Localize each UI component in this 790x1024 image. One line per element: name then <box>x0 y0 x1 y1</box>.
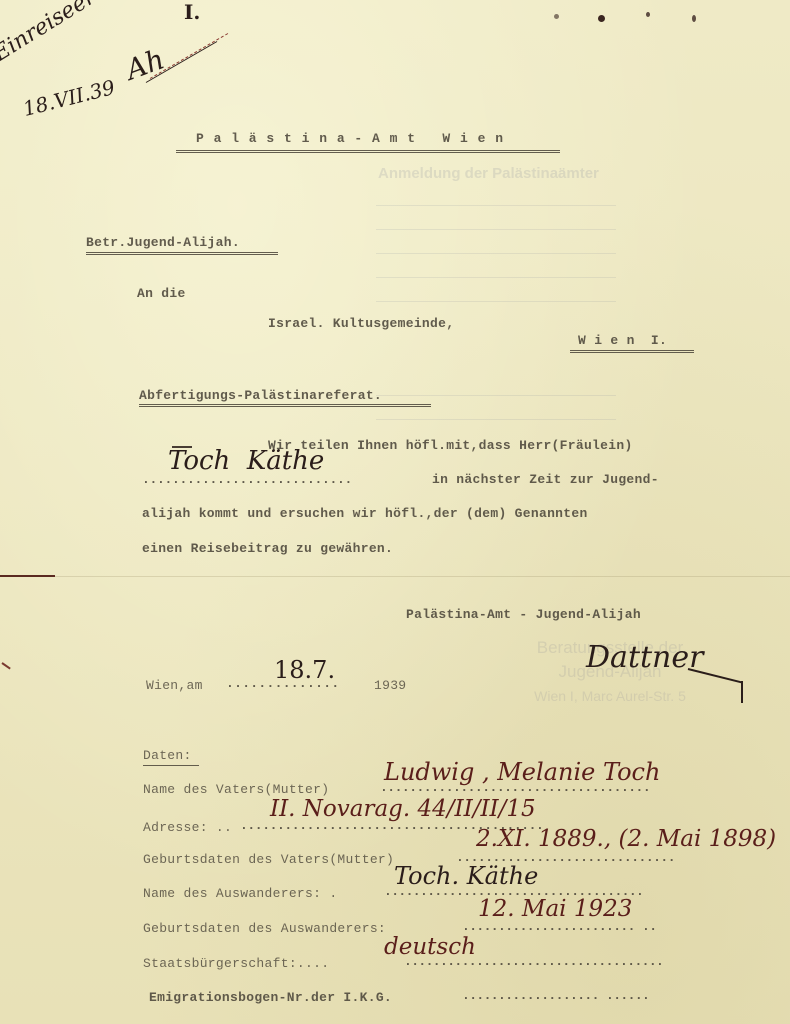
ink-dot <box>554 14 559 19</box>
field-value: Ludwig , Melanie Toch <box>384 758 660 786</box>
show-through-line <box>376 395 616 396</box>
field-label: Geburtsdaten des Auswanderers: <box>143 921 386 936</box>
field-value: II. Novarag. 44/II/II/15 <box>270 796 536 822</box>
show-through-line <box>376 253 616 254</box>
addressee-city: W i e n I. <box>578 333 667 348</box>
handwritten-annotation: Einreiseerteilt <box>0 0 138 67</box>
name-dash <box>172 446 192 448</box>
stamp-line-3: Wien I, Marc Aurel-Str. 5 <box>500 684 720 708</box>
field-label: Adresse: .. <box>143 820 232 835</box>
title-underline <box>176 150 560 153</box>
department-underline <box>139 404 431 407</box>
handwritten-initials: Ah <box>122 42 169 86</box>
ink-dot <box>646 12 650 17</box>
data-heading-underline <box>143 765 199 766</box>
department-line: Abfertigungs-Palästinareferat. <box>139 388 382 403</box>
letter-year: 1939 <box>374 678 406 693</box>
left-edge-mark <box>0 575 55 577</box>
body-dots: ............................ <box>142 472 352 487</box>
body-line-3: alijah kommt und ersuchen wir höfl.,der … <box>142 506 588 521</box>
field-dots: ................... ...... <box>462 988 649 1003</box>
roman-numeral-mark: I. <box>184 0 200 24</box>
show-through-line <box>376 419 616 420</box>
signature-flourish-tail <box>741 681 743 703</box>
field-value: 12. Mai 1923 <box>478 896 632 922</box>
paper-fold-line <box>0 576 790 577</box>
handwritten-signature: Dattner <box>586 640 703 675</box>
addressee-line-2: Israel. Kultusgemeinde, <box>268 316 454 331</box>
show-through-line <box>376 277 616 278</box>
show-through-line <box>376 301 616 302</box>
body-line-4: einen Reisebeitrag zu gewähren. <box>142 541 393 556</box>
field-label: Name des Vaters(Mutter) <box>143 782 329 797</box>
field-label: Geburtsdaten des Vaters(Mutter) <box>143 852 394 867</box>
subject-underline <box>86 252 278 255</box>
addressee-line-1: An die <box>137 286 186 301</box>
body-line-2: in nächster Zeit zur Jugend- <box>432 472 659 487</box>
ink-dot <box>692 15 696 22</box>
field-label: Staatsbürgerschaft:.... <box>143 956 329 971</box>
field-value: Toch. Käthe <box>394 862 538 890</box>
field-value: 2.XI. 1889., (2. Mai 1898) <box>476 826 776 852</box>
handwritten-letter-date: 18.7. <box>274 656 335 684</box>
handwritten-annotation-date: 18.VII.39 <box>20 75 117 121</box>
field-value: deutsch <box>384 934 476 960</box>
field-label: Emigrationsbogen-Nr.der I.K.G. <box>149 990 392 1005</box>
city-underline <box>570 350 694 353</box>
ink-dot <box>598 15 605 22</box>
page-title: P a l ä s t i n a - A m t W i e n <box>196 131 504 146</box>
signature-org: Palästina-Amt - Jugend-Alijah <box>406 607 641 622</box>
subject-line: Betr.Jugend-Alijah. <box>86 235 240 250</box>
left-edge-tick <box>1 662 10 669</box>
show-through-line <box>376 205 616 206</box>
show-through-line <box>376 229 616 230</box>
place-label: Wien,am <box>146 678 203 693</box>
data-heading: Daten: <box>143 748 192 763</box>
field-label: Name des Auswanderers: . <box>143 886 337 901</box>
show-through-text: Anmeldung der Palästinaämter <box>378 165 599 182</box>
